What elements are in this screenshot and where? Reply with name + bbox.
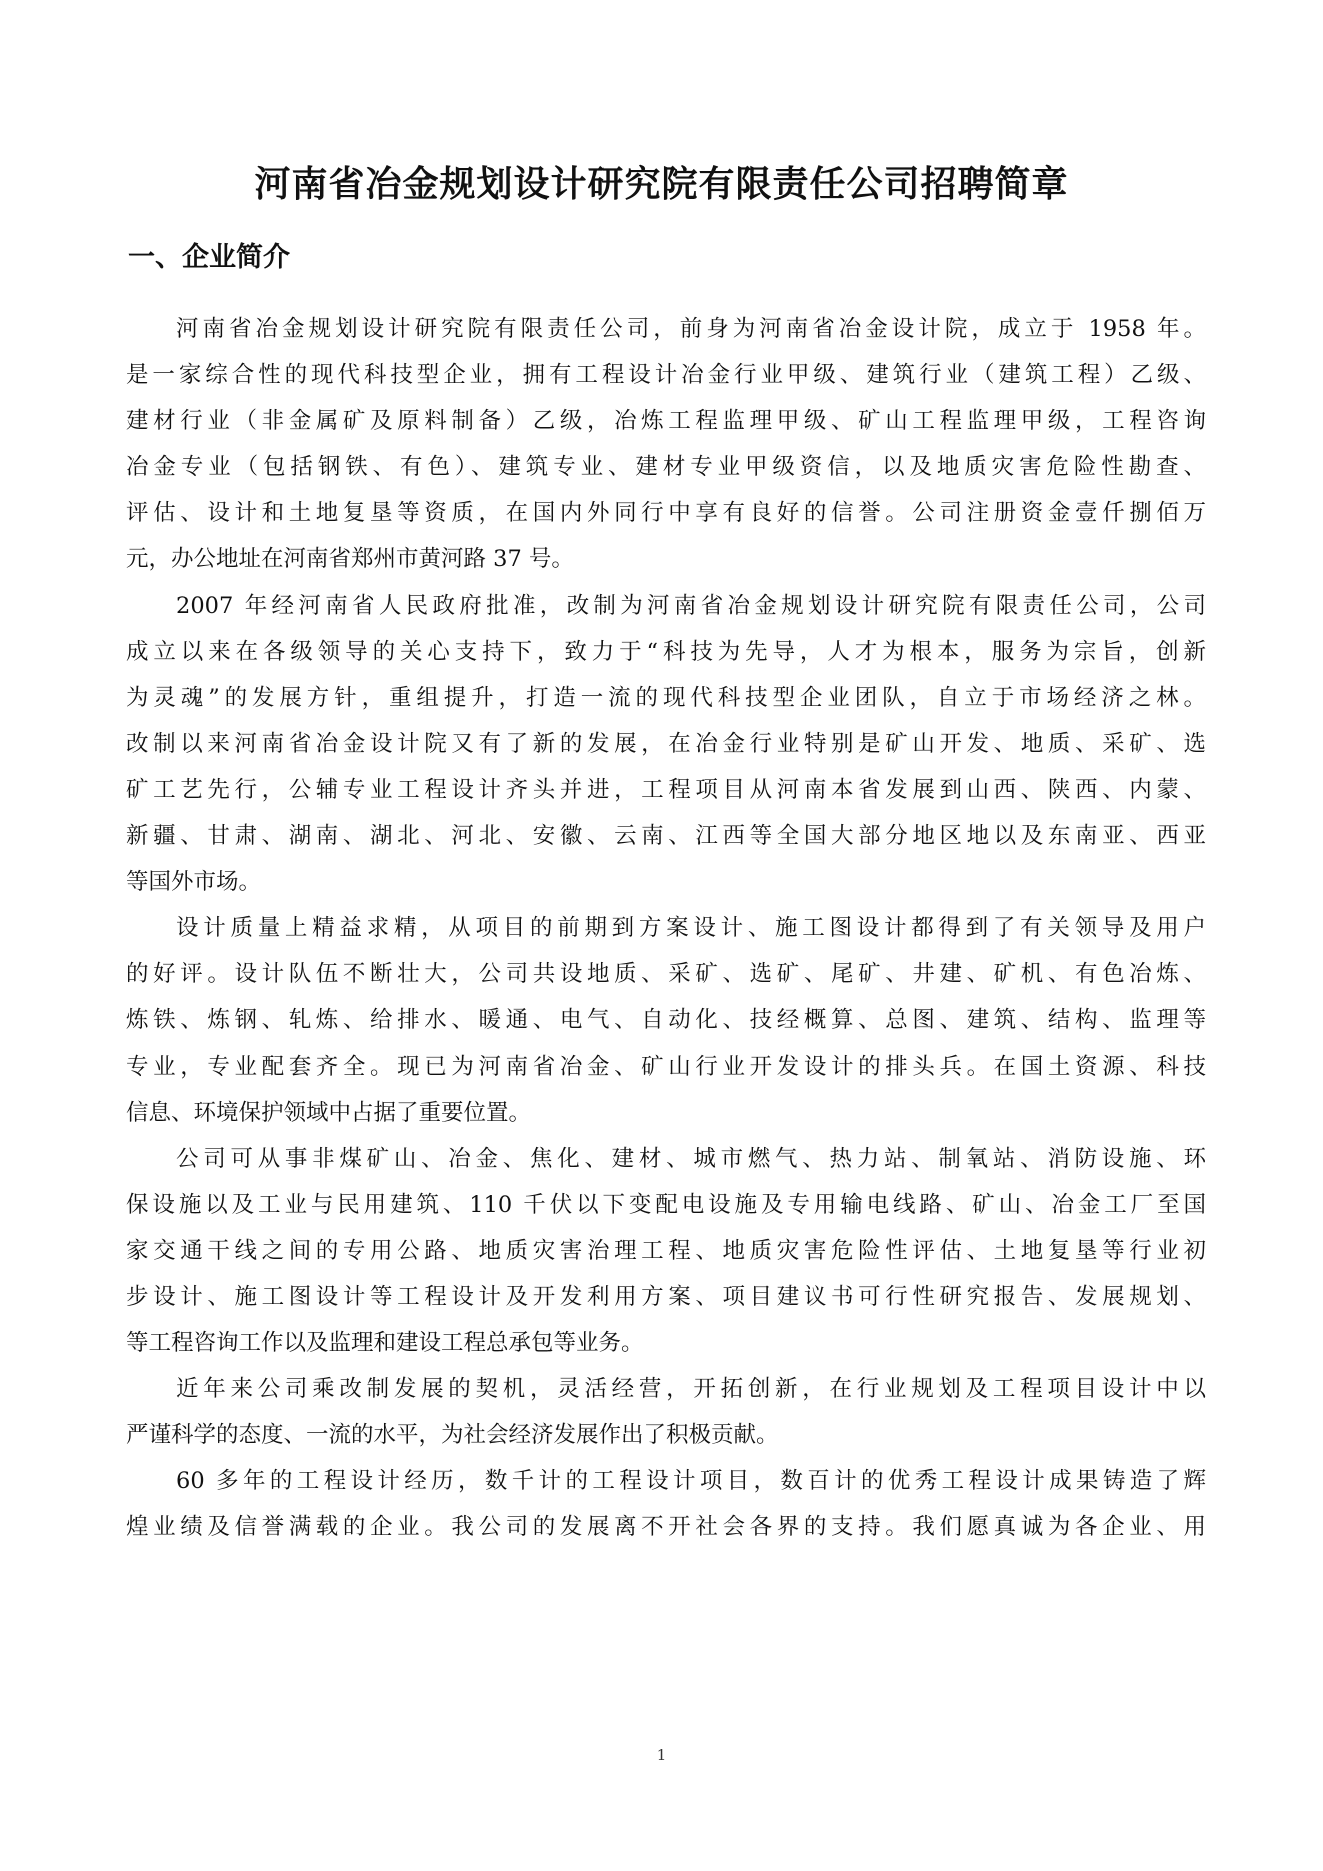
text-line: 严谨科学的态度、一流的水平，为社会经济发展作出了积极贡献。 [126,1412,1206,1458]
text-line: 是一家综合性的现代科技型企业，拥有工程设计冶金行业甲级、建筑行业（建筑工程）乙级… [126,352,1206,398]
text-line: 建材行业（非金属矿及原料制备）乙级，冶炼工程监理甲级、矿山工程监理甲级，工程咨询 [126,398,1206,444]
text-line: 专业，专业配套齐全。现已为河南省冶金、矿山行业开发设计的排头兵。在国土资源、科技 [126,1044,1206,1090]
text-line: 冶金专业（包括钢铁、有色）、建筑专业、建材专业甲级资信，以及地质灾害危险性勘查、 [126,444,1206,490]
text-line: 公司可从事非煤矿山、冶金、焦化、建材、城市燃气、热力站、制氧站、消防设施、环 [126,1136,1206,1182]
body-text: 河南省冶金规划设计研究院有限责任公司，前身为河南省冶金设计院，成立于 1958 … [126,306,1206,1551]
text-line: 60 多年的工程设计经历，数千计的工程设计项目，数百计的优秀工程设计成果铸造了辉 [126,1458,1206,1504]
text-line: 设计质量上精益求精，从项目的前期到方案设计、施工图设计都得到了有关领导及用户 [126,905,1206,951]
text-line: 改制以来河南省冶金设计院又有了新的发展，在冶金行业特别是矿山开发、地质、采矿、选 [126,721,1206,767]
text-line: 成立以来在各级领导的关心支持下，致力于“科技为先导，人才为根本，服务为宗旨，创新 [126,629,1206,675]
text-line: 保设施以及工业与民用建筑、110 千伏以下变配电设施及专用输电线路、矿山、冶金工… [126,1182,1206,1228]
text-line: 煌业绩及信誉满载的企业。我公司的发展离不开社会各界的支持。我们愿真诚为各企业、用 [126,1504,1206,1550]
text-line: 元，办公地址在河南省郑州市黄河路 37 号。 [126,536,1206,582]
text-line: 评估、设计和土地复垦等资质，在国内外同行中享有良好的信誉。公司注册资金壹仟捌佰万 [126,490,1206,536]
text-line: 家交通干线之间的专用公路、地质灾害治理工程、地质灾害危险性评估、土地复垦等行业初 [126,1228,1206,1274]
page-number: 1 [0,1745,1323,1765]
text-line: 矿工艺先行，公辅专业工程设计齐头并进，工程项目从河南本省发展到山西、陕西、内蒙、 [126,767,1206,813]
text-line: 河南省冶金规划设计研究院有限责任公司，前身为河南省冶金设计院，成立于 1958 … [126,306,1206,352]
text-line: 信息、环境保护领域中占据了重要位置。 [126,1090,1206,1136]
text-line: 等工程咨询工作以及监理和建设工程总承包等业务。 [126,1320,1206,1366]
text-line: 炼铁、炼钢、轧炼、给排水、暖通、电气、自动化、技经概算、总图、建筑、结构、监理等 [126,997,1206,1043]
section-heading-company-intro: 一、企业简介 [128,236,290,280]
text-line: 为灵魂”的发展方针，重组提升，打造一流的现代科技型企业团队，自立于市场经济之林。 [126,675,1206,721]
text-line: 近年来公司乘改制发展的契机，灵活经营，开拓创新，在行业规划及工程项目设计中以 [126,1366,1206,1412]
text-line: 等国外市场。 [126,859,1206,905]
text-line: 2007 年经河南省人民政府批准，改制为河南省冶金规划设计研究院有限责任公司，公… [126,583,1206,629]
text-line: 步设计、施工图设计等工程设计及开发利用方案、项目建议书可行性研究报告、发展规划、 [126,1274,1206,1320]
text-line: 新疆、甘肃、湖南、湖北、河北、安徽、云南、江西等全国大部分地区地以及东南亚、西亚 [126,813,1206,859]
text-line: 的好评。设计队伍不断壮大，公司共设地质、采矿、选矿、尾矿、井建、矿机、有色冶炼、 [126,951,1206,997]
document-title: 河南省冶金规划设计研究院有限责任公司招聘简章 [0,160,1323,210]
document-page: 河南省冶金规划设计研究院有限责任公司招聘简章 一、企业简介 河南省冶金规划设计研… [0,0,1323,1871]
